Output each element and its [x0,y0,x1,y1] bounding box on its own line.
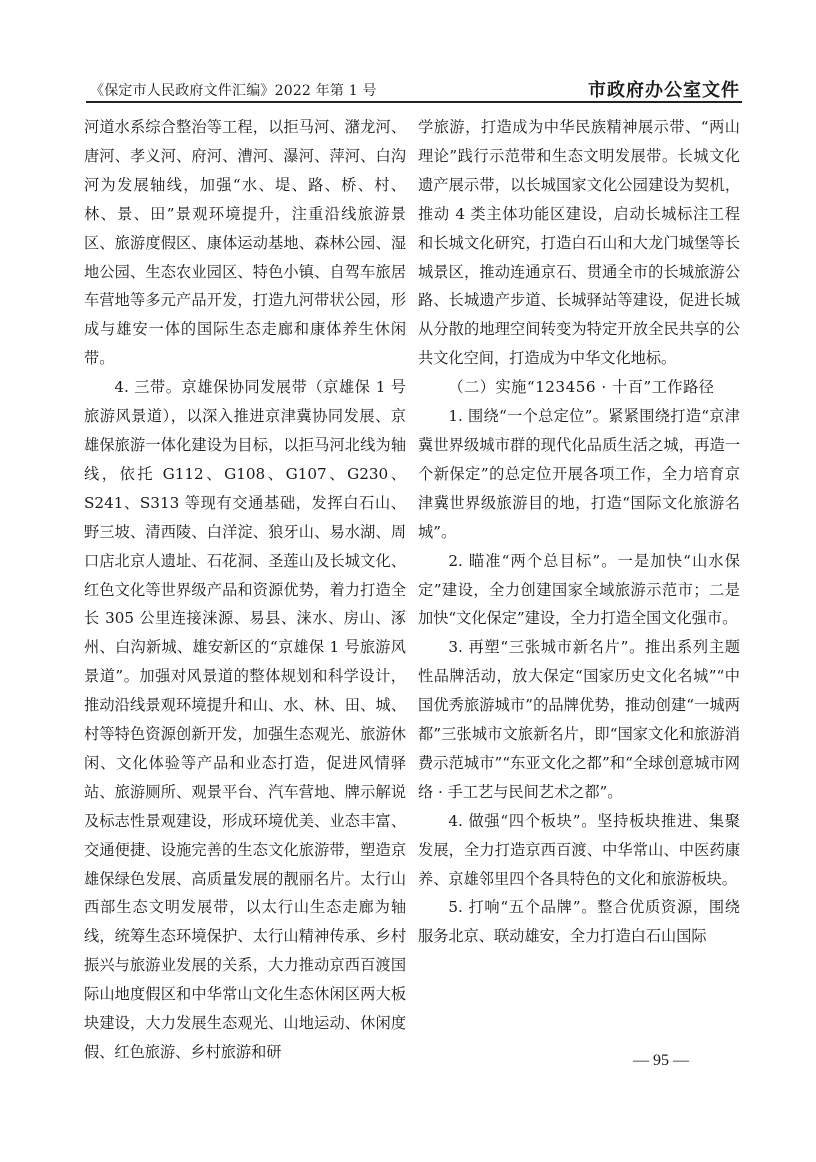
section-heading: （二）实施“123456 · 十百”工作路径 [418,373,740,402]
paragraph: 学旅游，打造成为中华民族精神展示带、“两山理论”践行示范带和生态文明发展带。长城… [418,113,740,373]
paragraph: 4. 三带。京雄保协同发展带（京雄保 1 号旅游风景道），以深入推进京津冀协同发… [84,373,406,1067]
paragraph: 3. 再塑“三张城市新名片”。推出系列主题性品牌活动，放大保定“国家历史文化名城… [418,633,740,806]
header-rule [86,101,742,103]
paragraph: 2. 瞄准“两个总目标”。一是加快“山水保定”建设，全力创建国家全域旅游示范市；… [418,547,740,634]
section-label: 市政府办公室文件 [588,76,740,102]
paragraph: 4. 做强“四个板块”。坚持板块推进、集聚发展，全力打造京西百渡、中华常山、中医… [418,807,740,894]
publication-title: 《保定市人民政府文件汇编》2022 年第 1 号 [90,80,377,100]
page-number: — 95 — [633,1052,689,1070]
left-column: 河道水系综合整治等工程，以拒马河、潴龙河、唐河、孝义河、府河、漕河、瀑河、萍河、… [84,113,406,1067]
right-column: 学旅游，打造成为中华民族精神展示带、“两山理论”践行示范带和生态文明发展带。长城… [418,113,740,951]
paragraph: 河道水系综合整治等工程，以拒马河、潴龙河、唐河、孝义河、府河、漕河、瀑河、萍河、… [84,113,406,373]
paragraph: 1. 围绕“一个总定位”。紧紧围绕打造“京津冀世界级城市群的现代化品质生活之城，… [418,402,740,547]
paragraph: 5. 打响“五个品牌”。整合优质资源，围绕服务北京、联动雄安，全力打造白石山国际 [418,893,740,951]
running-header: 《保定市人民政府文件汇编》2022 年第 1 号 市政府办公室文件 [90,78,740,102]
